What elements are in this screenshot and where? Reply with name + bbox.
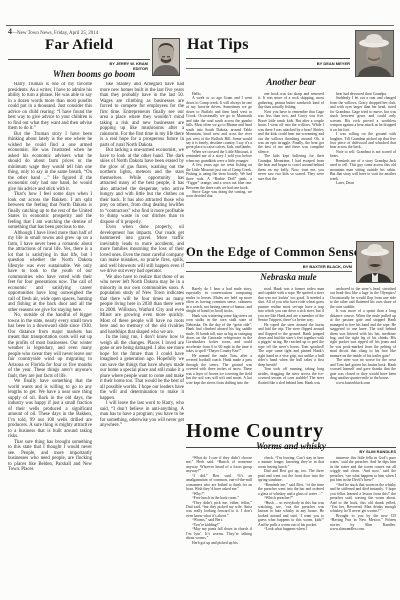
hat-tips-columns: Hello,A week or so ago Gram and I went d… (186, 92, 396, 238)
far-afield-column-2: like Stanley and Arnegard have had more … (100, 82, 184, 534)
common-sense-paragraph: Hank was wintering some big steers on co… (186, 314, 252, 354)
far-afield-headline: When booms go boom (8, 69, 180, 79)
common-sense-column-1: Rarely do I hear a bad mule story, espec… (186, 287, 252, 437)
hat-tips-paragraph: When we crossed the Little Missouri, it … (186, 150, 252, 163)
far-afield-paragraph: But the Truman story I have been thinkin… (8, 132, 92, 193)
common-sense-column-2: road. Hank was a former rodeo man and ca… (258, 287, 324, 437)
home-country-paragraph: Dud and Bert got up, too. The three paid… (258, 469, 324, 482)
hat-tips-paragraph: Later, Dean (330, 181, 396, 185)
far-afield-paragraph: like Stanley and Arnegard have had more … (100, 82, 184, 148)
far-afield-paragraph: No, outside of the handful of bigger tow… (8, 313, 92, 379)
hat-tips-paragraph: I was rolling on the ground with laughte… (330, 132, 396, 150)
common-sense-rule-1 (186, 262, 352, 263)
home-country-paragraph: Herb got up and picked up his (186, 541, 252, 545)
hat-tips-column-1: Hello,A week or so ago Gram and I went d… (186, 92, 252, 238)
hat-tips-paragraph: A few years ago we went fishing on the L… (186, 163, 252, 190)
common-sense-paragraph: www.baxterblack.com (330, 381, 396, 385)
far-afield-paragraph: In the long run, I don’t know how to wei… (100, 335, 184, 401)
far-afield-rule (8, 59, 150, 60)
hat-tips-paragraph: Suddenly I let out a roar and charged fr… (330, 96, 396, 132)
common-sense-paragraph: Rarely do I hear a bad mule story, espec… (186, 287, 252, 314)
hat-tips-column-2: one hook was too sharp and removed it. I… (258, 92, 324, 238)
home-country-column-2: check. “I’m leaving. Can’t stay in here … (258, 456, 324, 564)
folio-line: 4—New Town News, Friday, April 25, 2014 (8, 27, 98, 36)
far-afield-title: Far Afield (45, 37, 113, 54)
hat-tips-paragraph: Now you have to remember that Gage was l… (258, 110, 324, 155)
home-country-paragraph: check. “I’m leaving. Can’t stay in here … (258, 456, 324, 469)
common-sense-paragraph: anchored to the steer’s head, stretched … (330, 287, 396, 309)
far-afield-paragraph: That sure thing has brought something to… (8, 440, 92, 473)
far-afield-paragraph: We finally have something that the world… (8, 379, 92, 440)
far-afield-paragraph: We also have to realize that those of us… (100, 275, 184, 336)
common-sense-paragraph: road. Hank was a former rodeo man and ca… (258, 287, 324, 323)
home-country-paragraph: “May my pants fall down in church if I’m… (186, 527, 252, 540)
home-country-paragraph: Brought to you by the new CD “Having Fun… (330, 514, 396, 532)
common-sense-paragraph: He named the mule Tom, after a revered f… (186, 354, 252, 385)
home-country-paragraph: “What do I care if they didn’t choose me… (186, 456, 252, 474)
far-afield-columns: Harry Truman is one of my favorite presi… (8, 82, 184, 546)
far-afield-paragraph: Harry Truman is one of my favorite presi… (8, 82, 92, 132)
common-sense-paragraph: Tom took off running, taking long stride… (258, 367, 324, 385)
far-afield-paragraph: But lacking a one-armed economist, we ha… (100, 148, 184, 225)
home-country-paragraph: “Hush ... so everybody in this bar was w… (258, 501, 324, 528)
common-sense-byline: BY BAXTER BLACK, DVM (186, 264, 352, 269)
home-country-title: Home Country (186, 420, 324, 443)
hat-tips-headline: Another bear (186, 77, 396, 87)
common-sense-paragraph: It was more of a sprint than a long dist… (330, 309, 396, 358)
far-afield-paragraph: That’s how I feel some days when I look … (8, 192, 92, 231)
hat-tips-paragraph: Since Gage was doing the casting, we soo… (186, 190, 252, 199)
home-country-paragraph: “They didn’t pick me, either, fellas,” D… (186, 501, 252, 519)
far-afield-column-1: Harry Truman is one of my favorite presi… (8, 82, 92, 546)
far-afield-paragraph: Even when done properly, oil development… (100, 225, 184, 275)
hat-tips-title: Hat Tips (187, 36, 249, 54)
common-sense-columns: Rarely do I hear a bad mule story, espec… (186, 287, 396, 437)
hat-tips-byline: BY DEAN MEYER (186, 61, 350, 66)
hat-tips-paragraph: one hook was too sharp and removed it. I… (258, 92, 324, 110)
newspaper-page: 4—New Town News, Friday, April 25, 2014 … (0, 0, 400, 600)
common-sense-paragraph: He roped the steer around the horns and … (258, 323, 324, 368)
home-country-columns: “What do I care if they didn’t choose me… (186, 456, 396, 564)
home-country-paragraph: “Reminds me,” said Bert, “of the time th… (258, 483, 324, 496)
home-country-paragraph: “Look what happens when I (258, 527, 324, 531)
common-sense-paragraph: The steer was no worse for the wear and … (330, 358, 396, 380)
home-country-paragraph: “I did,” Bert said. “It’s an amalgamatio… (186, 474, 252, 492)
home-country-column-3: immerse this little fella in God’s pure … (330, 456, 396, 564)
publication-date: —New Town News, Friday, April 25, 2014 (12, 31, 98, 36)
home-country-column-1: “What do I care if they didn’t choose me… (186, 456, 252, 564)
common-sense-title: On the Edge of Common Sense (186, 245, 360, 260)
hat-tips-rule-2 (186, 68, 350, 69)
hat-tips-paragraph: Reminds me of a story Grandpa Jack used … (330, 159, 396, 181)
home-country-paragraph: immerse this little fella in God’s pure … (330, 456, 396, 483)
hat-tips-paragraph: The kids kept hollering for their Grandp… (258, 154, 324, 181)
hat-tips-paragraph: A week or so ago Gram and I went down to… (186, 96, 252, 149)
common-sense-headline: Nebraska mule (186, 272, 391, 282)
common-sense-column-3: anchored to the steer’s head, stretched … (330, 287, 396, 437)
far-afield-paragraph: Although I have lived more than half of … (8, 231, 92, 314)
far-afield-paragraph: I will leave the last word to Harry, who… (100, 401, 184, 429)
hat-tips-rule-1 (186, 58, 350, 59)
hat-tips-paragraph: Note to self. Grandma is not scared of b… (330, 150, 396, 159)
dean-meyer-portrait-icon (356, 31, 393, 76)
top-rule (6, 25, 394, 26)
home-country-paragraph: “And he stuck that worm in the whisky an… (330, 483, 396, 514)
dean-meyer-photo (355, 30, 394, 77)
home-country-headline: Worms and whisky (186, 441, 396, 451)
hat-tips-column-3: bear had devoured their Grandpa.Suddenly… (330, 92, 396, 238)
